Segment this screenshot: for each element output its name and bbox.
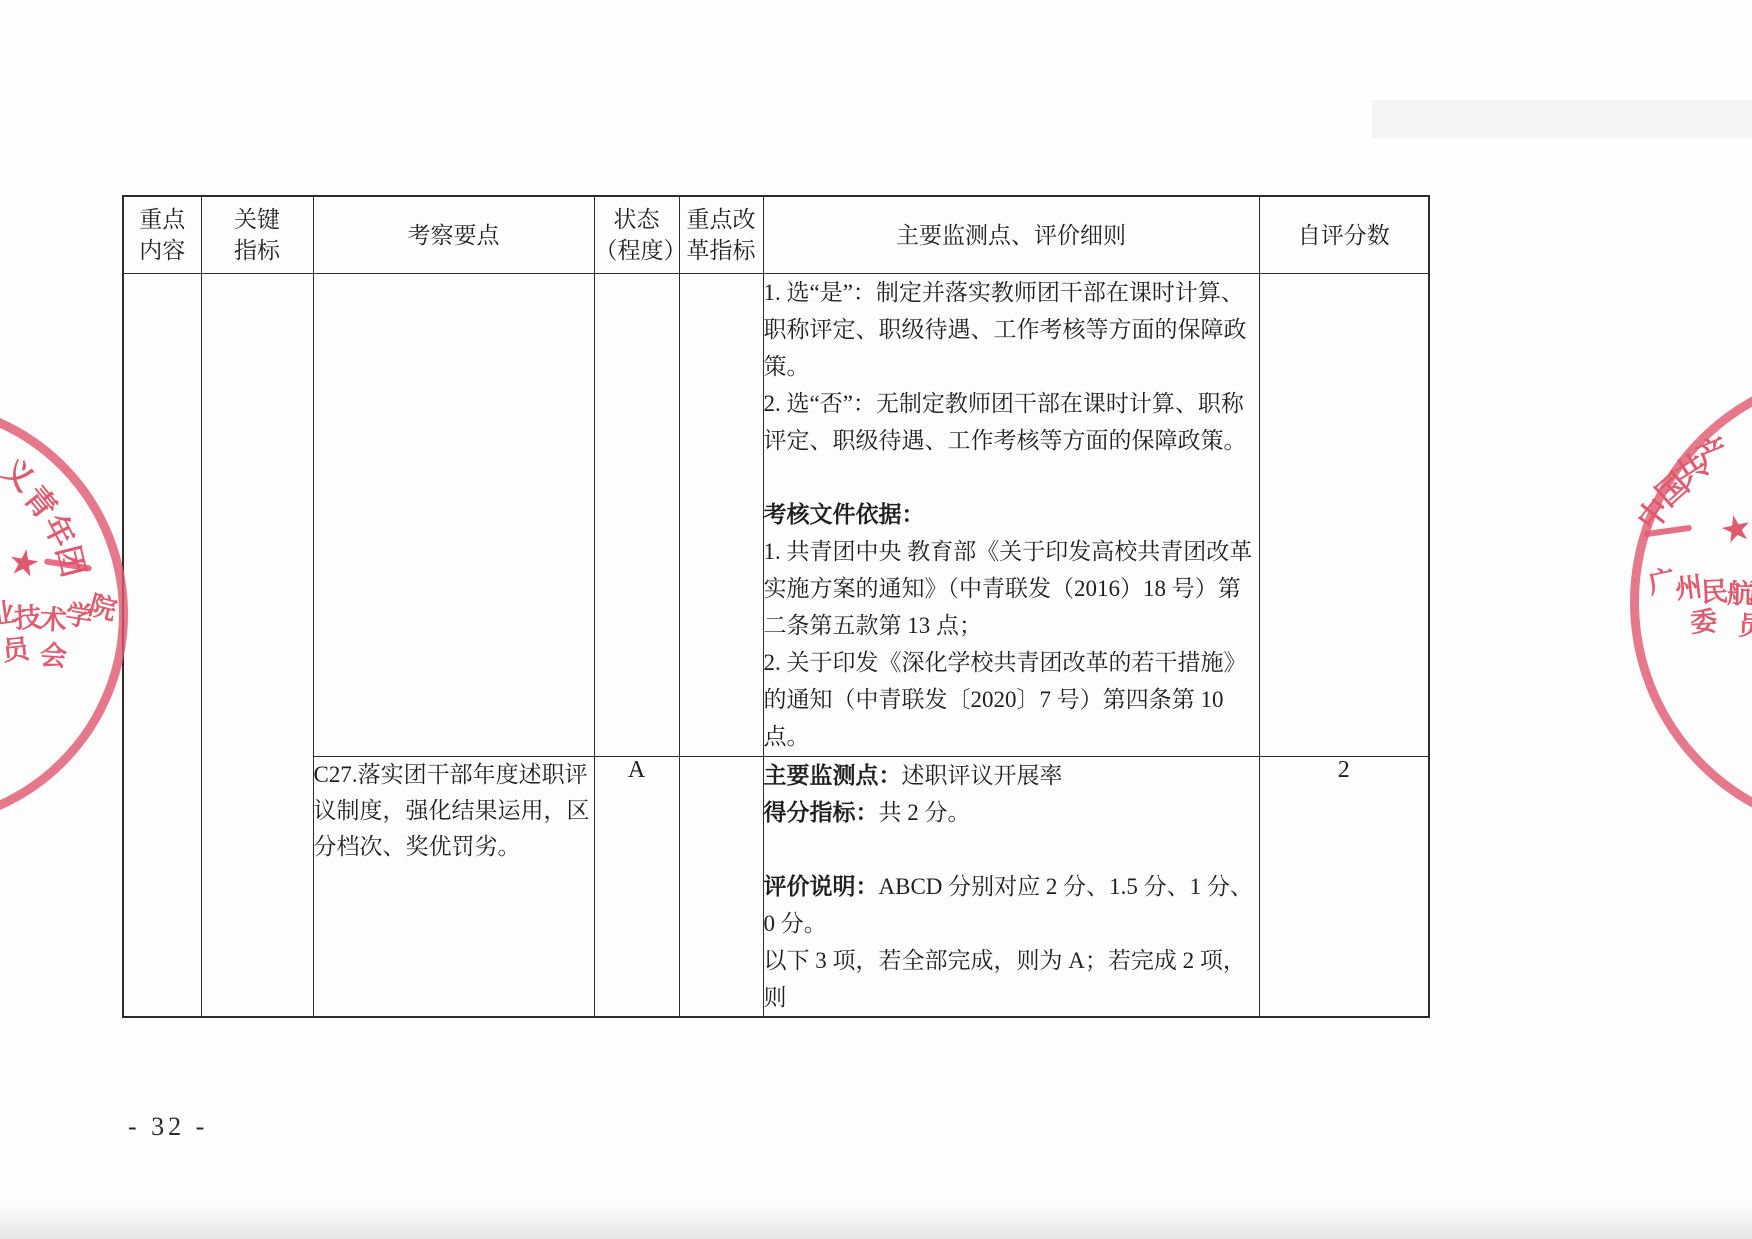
header-key-content: 重点内容 xyxy=(123,196,201,274)
header-key-indicator: 关键指标 xyxy=(201,196,313,274)
cell-monitoring-row2: 主要监测点：述职评议开展率 得分指标：共 2 分。 评价说明：ABCD 分别对应… xyxy=(763,757,1259,1018)
cell-inspection-point-row1 xyxy=(313,274,594,757)
monitoring-option-yes: 1. 选“是”：制定并落实教师团干部在课时计算、职称评定、职级待遇、工作考核等方… xyxy=(764,274,1259,385)
header-row: 重点内容 关键指标 考察要点 状态（程度） 重点改革指标 主要监测点、评价细则 xyxy=(123,196,1429,274)
star-icon: ★ xyxy=(1716,505,1752,553)
monitoring-score-indicator: 得分指标：共 2 分。 xyxy=(764,794,1259,831)
table-row: 1. 选“是”：制定并落实教师团干部在课时计算、职称评定、职级待遇、工作考核等方… xyxy=(123,274,1429,757)
page-number: - 32 - xyxy=(128,1112,208,1142)
evaluation-table: 重点内容 关键指标 考察要点 状态（程度） 重点改革指标 主要监测点、评价细则 xyxy=(122,195,1430,1018)
monitoring-basis-ref-1: 1. 共青团中央 教育部《关于印发高校共青团改革实施方案的通知》（中青联发（20… xyxy=(764,533,1259,644)
header-status: 状态（程度） xyxy=(594,196,679,274)
table-row: C27.落实团干部年度述职评议制度，强化结果运用，区分档次、奖优罚劣。 A 主要… xyxy=(123,757,1429,1018)
monitoring-main-point: 主要监测点：述职评议开展率 xyxy=(764,757,1259,794)
header-monitoring: 主要监测点、评价细则 xyxy=(763,196,1259,274)
cell-inspection-point-row2: C27.落实团干部年度述职评议制度，强化结果运用，区分档次、奖优罚劣。 xyxy=(313,757,594,1018)
monitoring-basis-heading: 考核文件依据： xyxy=(764,496,1259,533)
cell-reform-indicator-row2 xyxy=(679,757,763,1018)
cell-monitoring-row1: 1. 选“是”：制定并落实教师团干部在课时计算、职称评定、职级待遇、工作考核等方… xyxy=(763,274,1259,757)
cell-key-content xyxy=(123,274,201,1018)
header-self-score: 自评分数 xyxy=(1259,196,1429,274)
cell-status-row2: A xyxy=(594,757,679,1018)
monitoring-eval-note-continued: 以下 3 项，若全部完成，则为 A；若完成 2 项，则 xyxy=(764,942,1259,1016)
scan-artifact-bottom-edge xyxy=(0,1205,1752,1239)
document-page: 重点内容 关键指标 考察要点 状态（程度） 重点改革指标 主要监测点、评价细则 xyxy=(0,0,1752,1239)
cell-score-row1 xyxy=(1259,274,1429,757)
monitoring-eval-note: 评价说明：ABCD 分别对应 2 分、1.5 分、1 分、0 分。 xyxy=(764,868,1259,942)
scan-artifact-corner xyxy=(1372,100,1752,138)
seal-ring xyxy=(1630,368,1752,836)
seal-ring xyxy=(0,400,128,828)
header-inspection-point: 考察要点 xyxy=(313,196,594,274)
seal-divider-line xyxy=(44,558,92,571)
seal-divider-line xyxy=(1644,525,1692,538)
cell-status-row1 xyxy=(594,274,679,757)
monitoring-option-no: 2. 选“否”：无制定教师团干部在课时计算、职称评定、职级待遇、工作考核等方面的… xyxy=(764,385,1259,459)
monitoring-basis-ref-2: 2. 关于印发《深化学校共青团改革的若干措施》的通知（中青联发〔2020〕7 号… xyxy=(764,644,1259,755)
cell-key-indicator xyxy=(201,274,313,1018)
cell-reform-indicator-row1 xyxy=(679,274,763,757)
cell-score-row2: 2 xyxy=(1259,757,1429,1018)
header-reform-indicator: 重点改革指标 xyxy=(679,196,763,274)
star-icon: ★ xyxy=(5,540,44,587)
